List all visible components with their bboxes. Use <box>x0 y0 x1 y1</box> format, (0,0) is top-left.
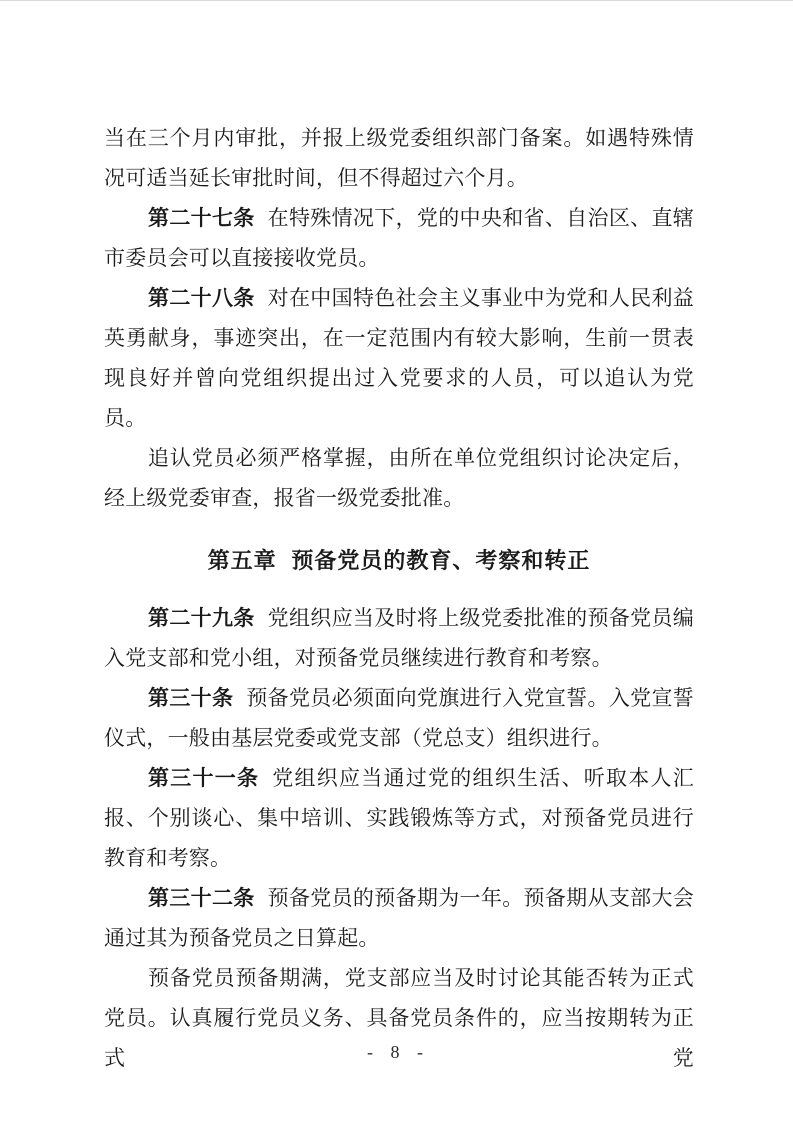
paragraph-text: 追认党员必须严格掌握，由所在单位党组织讨论决定后，经上级党委审查，报省一级党委批… <box>104 446 694 510</box>
article-number: 第二十八条 <box>148 286 255 310</box>
paragraph-text: 当在三个月内审批，并报上级党委组织部门备案。如遇特殊情况可适当延长审批时间，但不… <box>104 126 694 190</box>
article-31: 第三十一条党组织应当通过党的组织生活、听取本人汇报、个别谈心、集中培训、实践锻炼… <box>104 758 694 878</box>
article-28: 第二十八条对在中国特色社会主义事业中为党和人民利益英勇献身，事迹突出，在一定范围… <box>104 278 694 438</box>
paragraph-continuation: 当在三个月内审批，并报上级党委组织部门备案。如遇特殊情况可适当延长审批时间，但不… <box>104 118 694 198</box>
article-number: 第二十九条 <box>148 606 255 630</box>
article-30: 第三十条预备党员必须面向党旗进行入党宣誓。入党宣誓仪式，一般由基层党委或党支部（… <box>104 678 694 758</box>
article-number: 第三十二条 <box>148 886 255 910</box>
paragraph: 追认党员必须严格掌握，由所在单位党组织讨论决定后，经上级党委审查，报省一级党委批… <box>104 438 694 518</box>
article-number: 第二十七条 <box>148 206 255 230</box>
page-number: - 8 - <box>0 1042 793 1063</box>
article-number: 第三十一条 <box>148 766 259 790</box>
chapter-heading: 第五章 预备党员的教育、考察和转正 <box>104 542 694 582</box>
article-32: 第三十二条预备党员的预备期为一年。预备期从支部大会通过其为预备党员之日算起。 <box>104 878 694 958</box>
document-body: 当在三个月内审批，并报上级党委组织部门备案。如遇特殊情况可适当延长审批时间，但不… <box>104 118 694 1078</box>
article-29: 第二十九条党组织应当及时将上级党委批准的预备党员编入党支部和党小组，对预备党员继… <box>104 598 694 678</box>
article-27: 第二十七条在特殊情况下，党的中央和省、自治区、直辖市委员会可以直接接收党员。 <box>104 198 694 278</box>
article-number: 第三十条 <box>148 686 233 710</box>
scan-edge-artifact <box>0 0 793 1</box>
